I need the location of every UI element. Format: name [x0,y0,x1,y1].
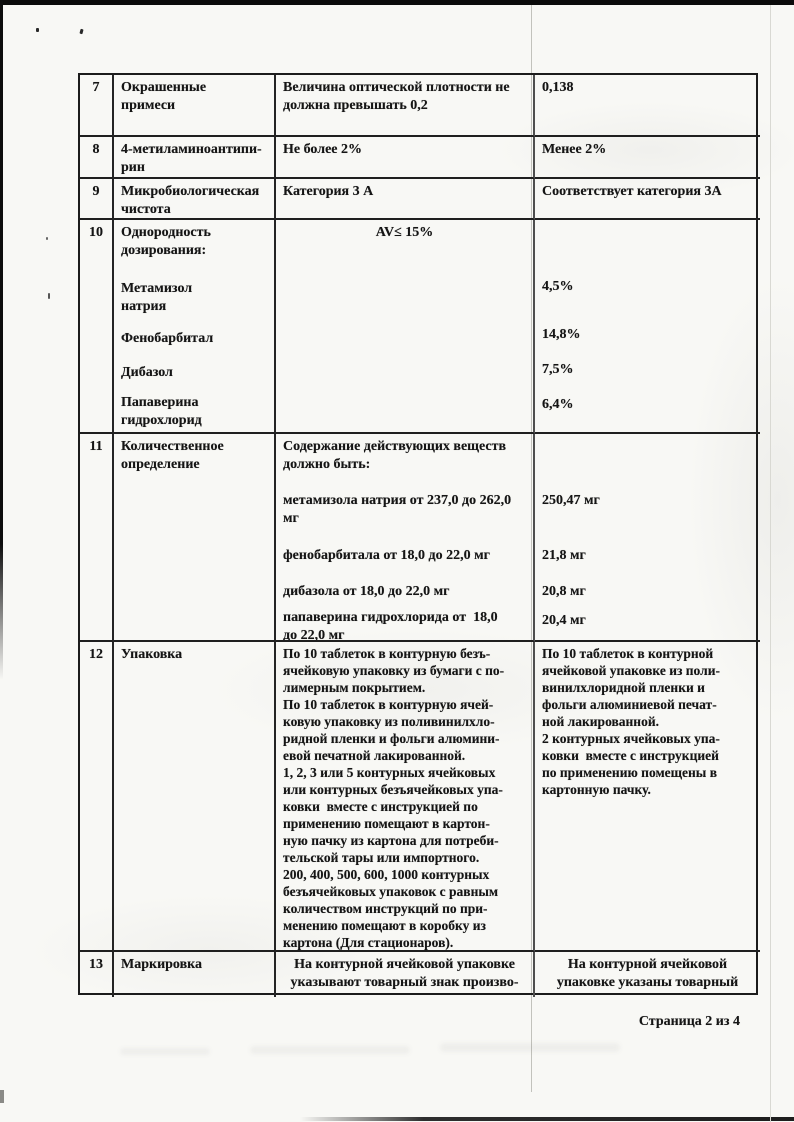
row-number: 10 [80,220,114,434]
bleed-through-smudge [250,1046,410,1054]
indicator-name: Количественное определение [114,434,276,642]
substance-name: Фенобарбитал [121,330,267,348]
substance-name: Папаверина гидрохлорид [121,394,267,430]
result-value: 250,47 мг [542,492,753,510]
indicator-name: Упаковка [114,642,276,952]
result: По 10 таблеток в контурной ячейковой упа… [535,642,760,952]
ink-speck [48,293,50,299]
result-value: 20,4 мг [542,612,753,630]
bleed-through-smudge [440,1043,620,1052]
fold-line-right [770,5,771,1122]
result-value: 14,8% [542,326,753,344]
scan-mark-left [0,1090,4,1103]
result: 250,47 мг 21,8 мг 20,8 мг 20,4 мг [535,434,760,642]
row-number: 13 [80,952,114,997]
row-number: 12 [80,642,114,952]
result-value: 20,8 мг [542,583,753,601]
specification: На контурной ячейковой упаковке указываю… [276,952,535,997]
indicator-title: Однородность дозирования: [121,224,267,260]
specification: По 10 таблеток в контурную безъ- ячейков… [276,642,535,952]
spec-item: метамизола натрия от 237,0 до 262,0 мг [283,492,526,528]
result: Соответствует категория 3А [535,179,760,220]
scan-edge-bottom [300,1117,794,1121]
specification: Содержание действующих веществ должно бы… [276,434,535,642]
result: На контурной ячейковой упаковке указаны … [535,952,760,997]
row-number: 8 [80,137,114,179]
row-number: 9 [80,179,114,220]
indicator-name: Микробиологическая чистота [114,179,276,220]
result: 4,5% 14,8% 7,5% 6,4% [535,220,760,434]
ink-speck [79,29,83,35]
substance-name: Метамизол натрия [121,280,267,316]
specification: Величина оптической плотности не должна … [276,75,535,137]
indicator-name: Окрашенные примеси [114,75,276,137]
qc-specification-table: 7 Окрашенные примеси Величина оптической… [78,73,758,995]
scan-edge-left [0,0,3,680]
page-number: Страница 2 из 4 [639,1014,740,1030]
scan-edge-top [0,0,794,5]
result-value: 4,5% [542,278,753,296]
spec-intro: Содержание действующих веществ должно бы… [283,438,526,474]
specification: Не более 2% [276,137,535,179]
result-value: 21,8 мг [542,547,753,565]
result-value: 7,5% [542,361,753,379]
ink-speck [46,237,48,240]
spec-item: фенобарбитала от 18,0 до 22,0 мг [283,547,526,565]
bleed-through-smudge [120,1048,210,1055]
specification: Категория 3 А [276,179,535,220]
indicator-name: 4-метиламиноантипи- рин [114,137,276,179]
indicator-name: Маркировка [114,952,276,997]
substance-name: Дибазол [121,364,267,382]
spec-item: папаверина гидрохлорида от 18,0 до 22,0 … [283,609,526,642]
result: Менее 2% [535,137,760,179]
ink-speck [36,28,39,32]
row-number: 11 [80,434,114,642]
row-number: 7 [80,75,114,137]
specification: AV≤ 15% [276,220,535,434]
result: 0,138 [535,75,760,137]
result-value: 6,4% [542,396,753,414]
indicator-name: Однородность дозирования: Метамизол натр… [114,220,276,434]
spec-item: дибазола от 18,0 до 22,0 мг [283,583,526,601]
